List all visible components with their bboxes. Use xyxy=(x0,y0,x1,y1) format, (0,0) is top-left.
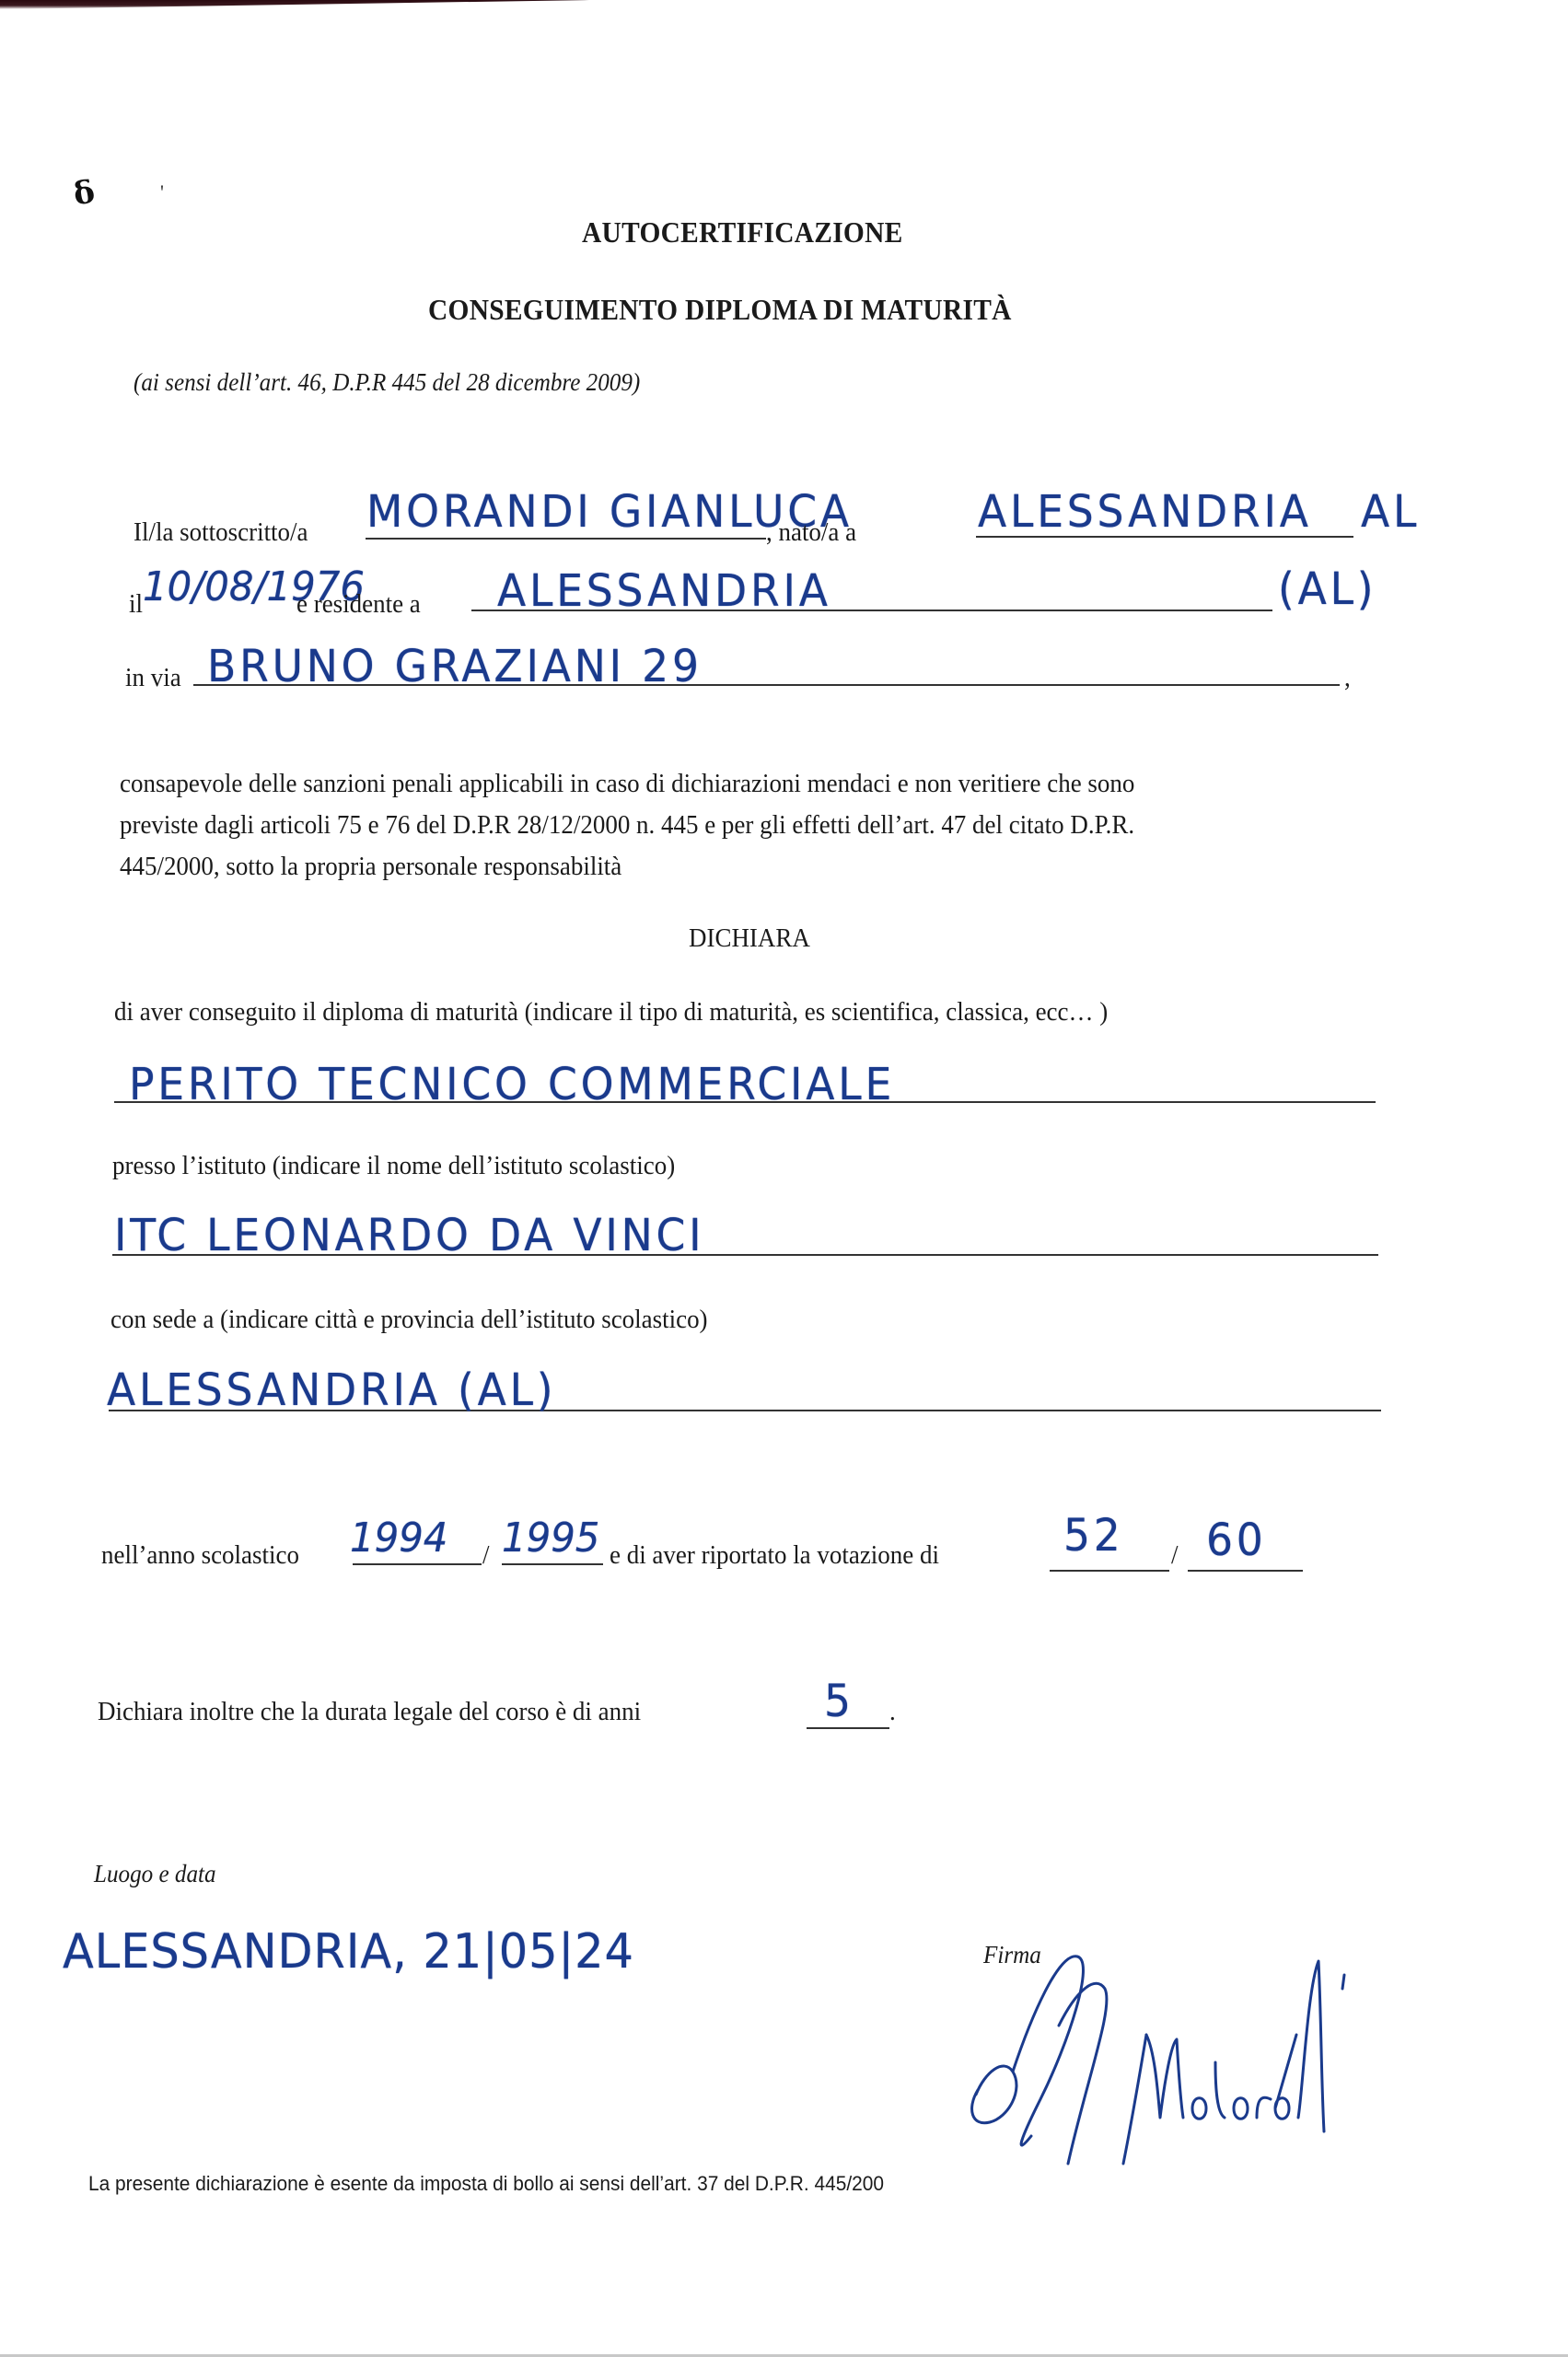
diploma-type-label: di aver conseguito il diploma di maturit… xyxy=(114,997,1108,1028)
grade-separator: / xyxy=(1171,1540,1178,1571)
born-in-field[interactable]: ALESSANDRIA xyxy=(978,486,1312,538)
grade-value-underline xyxy=(1050,1570,1169,1572)
resident-province-field[interactable]: (AL) xyxy=(1278,563,1376,615)
scan-tick-mark: ' xyxy=(160,180,164,204)
awareness-line-2: previste dagli articoli 75 e 76 del D.P.… xyxy=(120,810,1134,841)
school-year-end-underline xyxy=(502,1563,603,1565)
legal-reference: (ai sensi dell’art. 46, D.P.R 445 del 28… xyxy=(134,368,640,397)
grade-label: e di aver riportato la votazione di xyxy=(610,1540,939,1571)
grade-max-underline xyxy=(1188,1570,1303,1572)
awareness-line-1: consapevole delle sanzioni penali applic… xyxy=(120,769,1134,799)
school-year-start-underline xyxy=(353,1563,482,1565)
diploma-type-field[interactable]: PERITO TECNICO COMMERCIALE xyxy=(129,1059,895,1110)
school-year-separator: / xyxy=(482,1540,489,1571)
institute-field[interactable]: ITC LEONARDO DA VINCI xyxy=(114,1210,704,1261)
scan-shadow-edge xyxy=(0,0,589,9)
duration-underline xyxy=(807,1727,889,1729)
location-field[interactable]: ALESSANDRIA (AL) xyxy=(107,1364,556,1416)
school-year-start-field[interactable]: 1994 xyxy=(350,1515,447,1562)
grade-value-field[interactable]: 52 xyxy=(1063,1510,1124,1562)
undersigned-underline xyxy=(366,538,766,540)
place-date-label: Luogo e data xyxy=(94,1860,216,1888)
street-field[interactable]: BRUNO GRAZIANI 29 xyxy=(207,641,703,692)
street-label: in via xyxy=(125,663,181,693)
place-date-field[interactable]: ALESSANDRIA, 21|05|24 xyxy=(63,1924,634,1980)
born-in-label: , nato/a a xyxy=(766,517,856,548)
declaration-heading: DICHIARA xyxy=(689,923,810,954)
footer-note: La presente dichiarazione è esente da im… xyxy=(88,2172,884,2196)
document-title: AUTOCERTIFICAZIONE xyxy=(582,215,903,250)
institute-label: presso l’istituto (indicare il nome dell… xyxy=(112,1151,675,1181)
location-label: con sede a (indicare città e provincia d… xyxy=(110,1305,708,1335)
undersigned-label: Il/la sottoscritto/a xyxy=(134,517,308,548)
birth-date-prefix: il xyxy=(129,589,143,620)
signature-field[interactable] xyxy=(958,1933,1381,2173)
resident-field[interactable]: ALESSANDRIA xyxy=(497,565,831,617)
awareness-line-3: 445/2000, sotto la propria personale res… xyxy=(120,852,621,882)
handwritten-signature-icon xyxy=(958,1933,1381,2173)
born-province-field[interactable]: AL xyxy=(1361,486,1420,538)
resident-label: e residente a xyxy=(296,589,421,620)
scan-smudge-mark: ẟ xyxy=(71,173,98,213)
school-year-end-field[interactable]: 1995 xyxy=(502,1515,599,1562)
school-year-label: nell’anno scolastico xyxy=(101,1540,299,1571)
duration-suffix: . xyxy=(889,1697,896,1727)
document-subtitle: CONSEGUIMENTO DIPLOMA DI MATURITÀ xyxy=(428,293,1012,327)
duration-field[interactable]: 5 xyxy=(824,1676,854,1727)
grade-max-field[interactable]: 60 xyxy=(1206,1515,1267,1566)
duration-label: Dichiara inoltre che la durata legale de… xyxy=(98,1697,641,1727)
street-suffix: , xyxy=(1344,663,1351,693)
